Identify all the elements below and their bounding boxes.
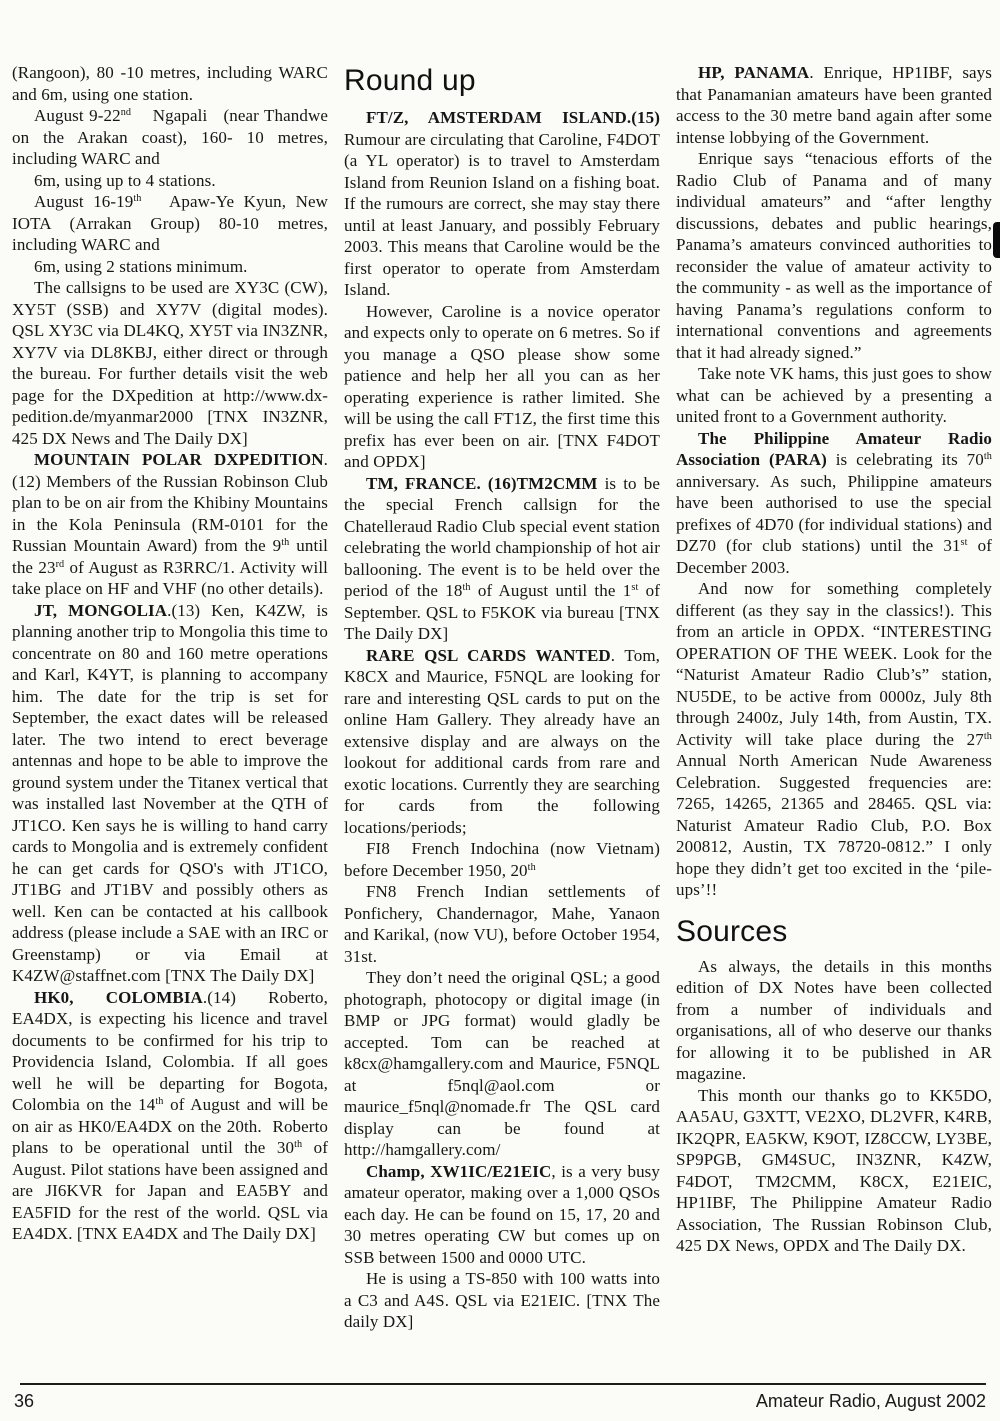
paragraph: MOUNTAIN POLAR DXPEDITION. (12) Members … <box>12 449 328 600</box>
column-3: HP, PANAMA. Enrique, HP1IBF, says that P… <box>676 62 992 1333</box>
magazine-page: (Rangoon), 80 -10 metres, including WARC… <box>0 0 1000 1421</box>
paragraph: August 9-22nd Ngapali (near Thandwe on t… <box>12 105 328 170</box>
column-1: (Rangoon), 80 -10 metres, including WARC… <box>12 62 328 1333</box>
section-heading: Sources <box>676 915 992 948</box>
journal-title: Amateur Radio, August 2002 <box>756 1391 986 1412</box>
section-heading: Round up <box>344 64 660 97</box>
paragraph: This month our thanks go to KK5DO, AA5AU… <box>676 1085 992 1257</box>
paragraph: The Philippine Amateur Radio Association… <box>676 428 992 579</box>
paragraph: The callsigns to be used are XY3C (CW), … <box>12 277 328 449</box>
page-number: 36 <box>14 1391 34 1412</box>
paragraph: And now for something completely differe… <box>676 578 992 901</box>
paragraph: As always, the details in this months ed… <box>676 956 992 1085</box>
paragraph: He is using a TS-850 with 100 watts into… <box>344 1268 660 1333</box>
paragraph: However, Caroline is a novice operator a… <box>344 301 660 473</box>
paragraph: FN8 French Indian settlements of Ponfich… <box>344 881 660 967</box>
paragraph: HK0, COLOMBIA.(14) Roberto, EA4DX, is ex… <box>12 987 328 1245</box>
paragraph: Champ, XW1IC/E21EIC, is a very busy amat… <box>344 1161 660 1269</box>
paragraph: They don’t need the original QSL; a good… <box>344 967 660 1161</box>
paragraph: TM, FRANCE. (16)TM2CMM is to be the spec… <box>344 473 660 645</box>
paragraph: 6m, using up to 4 stations. <box>12 170 328 192</box>
paragraph: August 16-19th Apaw-Ye Kyun, New IOTA (A… <box>12 191 328 256</box>
paragraph: (Rangoon), 80 -10 metres, including WARC… <box>12 62 328 105</box>
paragraph: 6m, using 2 stations minimum. <box>12 256 328 278</box>
paragraph: FT/Z, AMSTERDAM ISLAND.(15) Rumour are c… <box>344 107 660 301</box>
paragraph: HP, PANAMA. Enrique, HP1IBF, says that P… <box>676 62 992 148</box>
paragraph: Take note VK hams, this just goes to sho… <box>676 363 992 428</box>
scan-artifact-mark <box>993 222 1000 258</box>
paragraph: JT, MONGOLIA.(13) Ken, K4ZW, is planning… <box>12 600 328 987</box>
paragraph: FI8 French Indochina (now Vietnam) befor… <box>344 838 660 881</box>
paragraph: Enrique says “tenacious efforts of the R… <box>676 148 992 363</box>
column-2: Round upFT/Z, AMSTERDAM ISLAND.(15) Rumo… <box>344 62 660 1333</box>
paragraph: RARE QSL CARDS WANTED. Tom, K8CX and Mau… <box>344 645 660 839</box>
page-footer: 36 Amateur Radio, August 2002 <box>14 1391 986 1412</box>
footer-divider <box>20 1383 986 1385</box>
article-content: (Rangoon), 80 -10 metres, including WARC… <box>12 62 992 1333</box>
